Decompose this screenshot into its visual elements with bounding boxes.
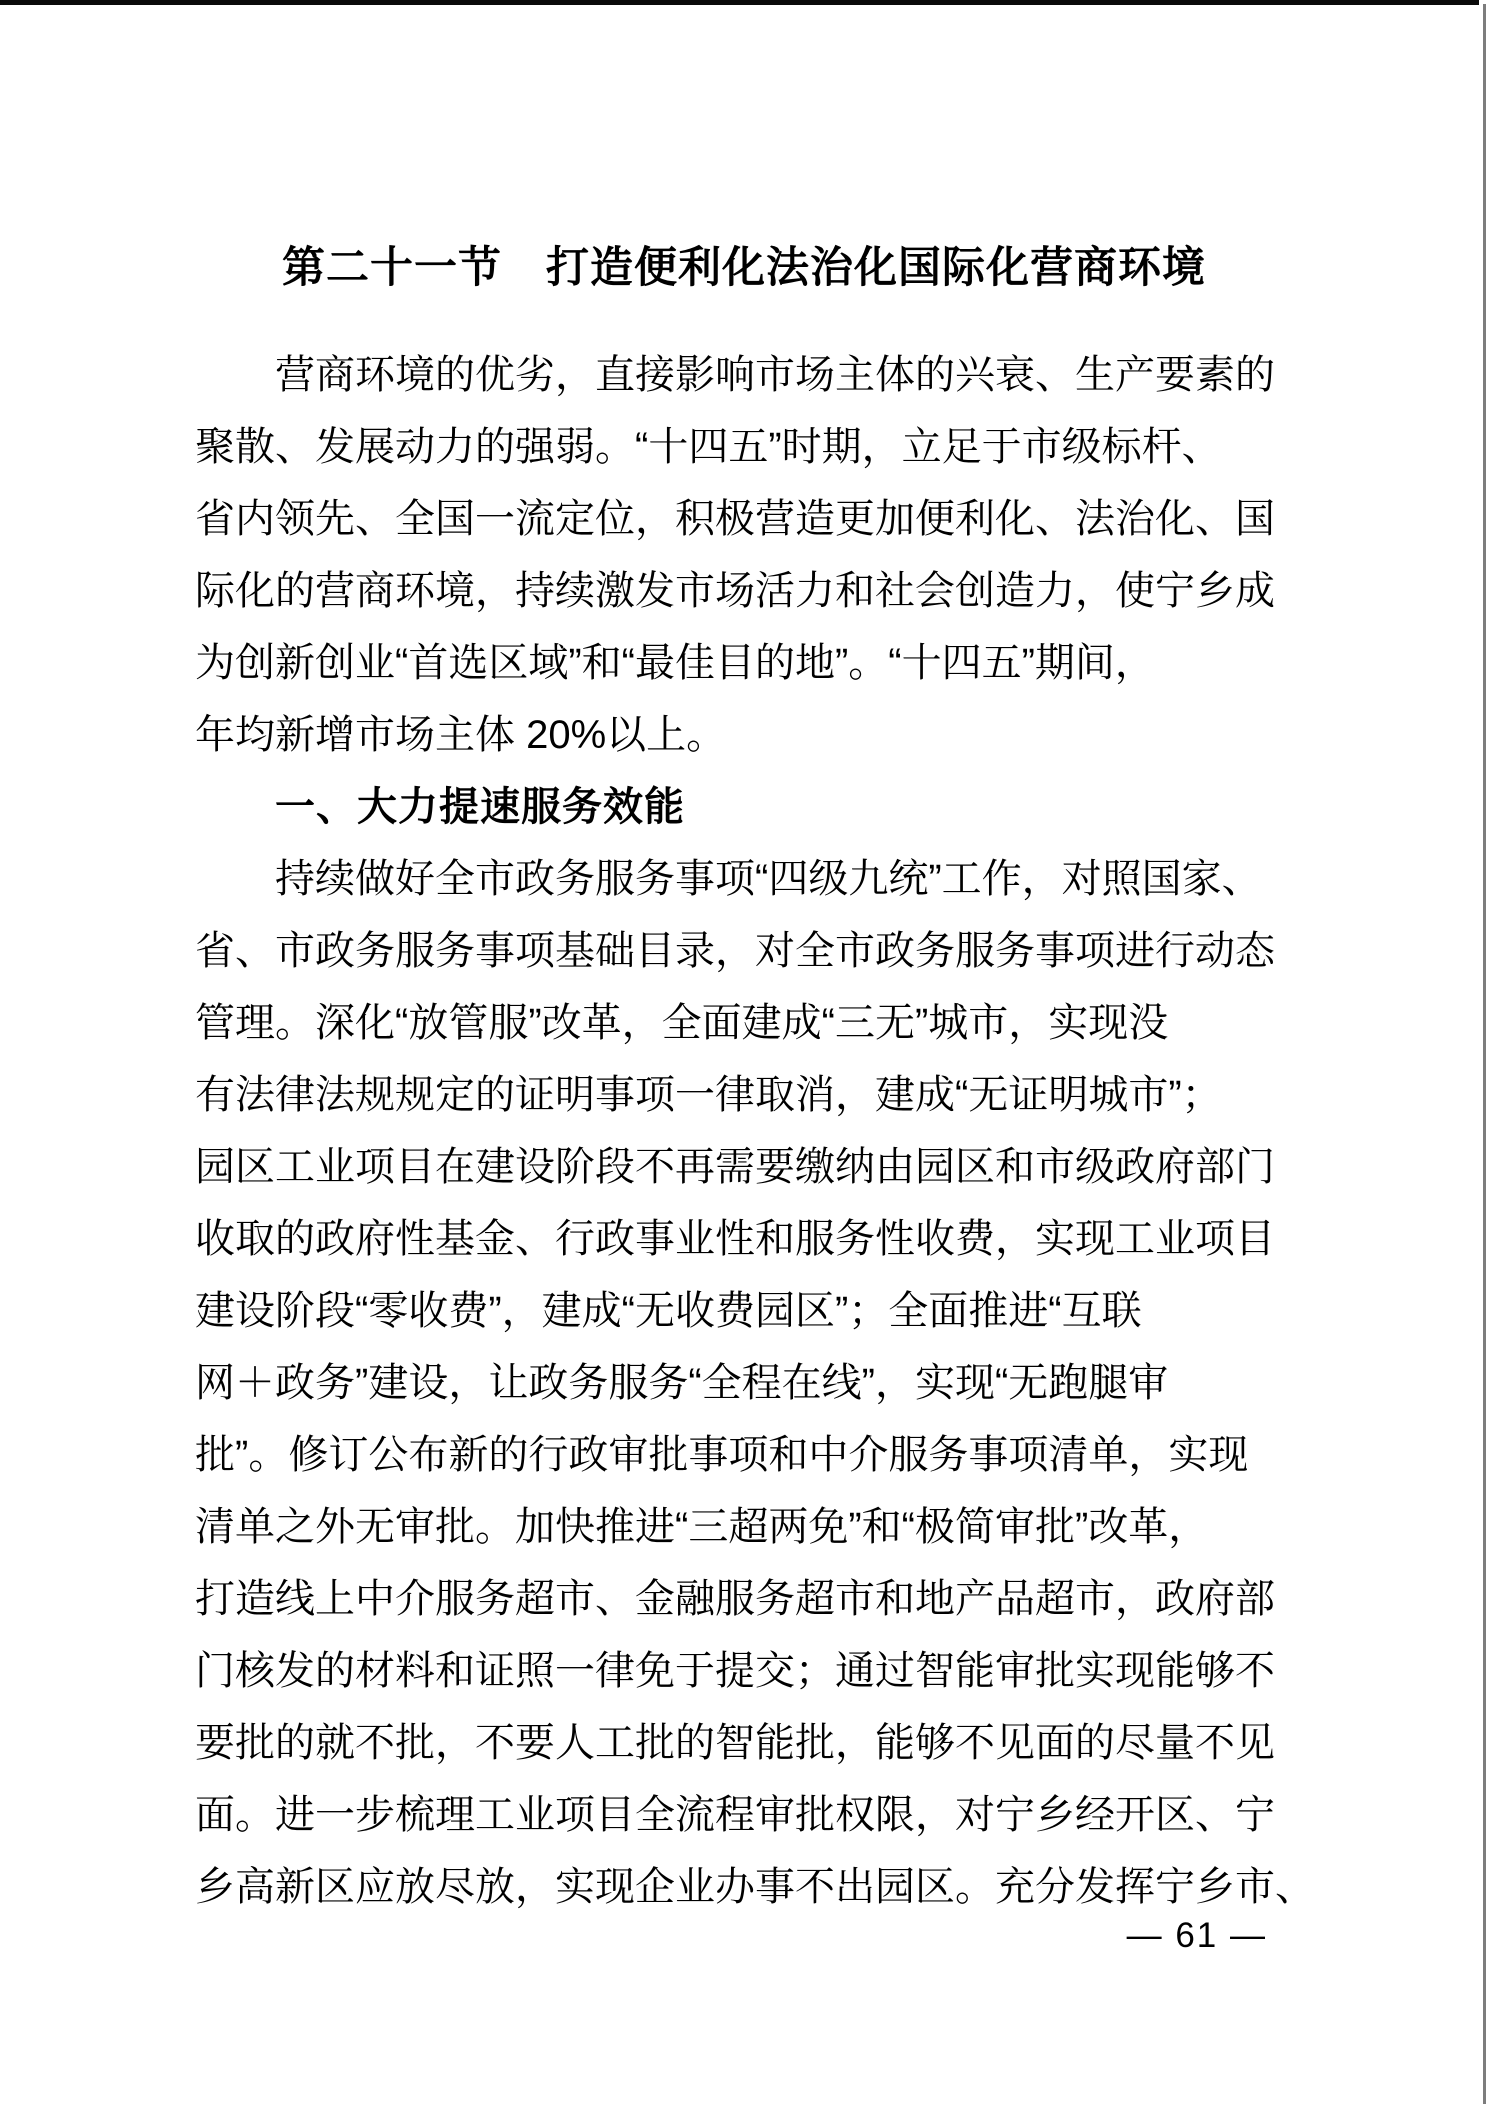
document-body: 营商环境的优劣，直接影响市场主体的兴衰、生产要素的 聚散、发展动力的强弱。“十四… bbox=[195, 339, 1293, 1923]
paragraph-2-line: 批”。修订公布新的行政审批事项和中介服务事项清单，实现 bbox=[195, 1419, 1293, 1491]
paragraph-2-line: 建设阶段“零收费”，建成“无收费园区”；全面推进“互联 bbox=[195, 1275, 1293, 1347]
paragraph-2-line: 网＋政务”建设，让政务服务“全程在线”，实现“无跑腿审 bbox=[195, 1347, 1293, 1419]
right-edge-scan-line bbox=[1483, 4, 1486, 2104]
paragraph-1-line: 际化的营商环境，持续激发市场活力和社会创造力，使宁乡成 bbox=[195, 555, 1293, 627]
document-page: { "document": { "section_title": "第二十一节 … bbox=[0, 0, 1488, 2104]
paragraph-2-line: 要批的就不批，不要人工批的智能批，能够不见面的尽量不见 bbox=[195, 1707, 1293, 1779]
top-edge-scan-bar bbox=[0, 0, 1479, 5]
paragraph-2-line: 面。进一步梳理工业项目全流程审批权限，对宁乡经开区、宁 bbox=[195, 1779, 1293, 1851]
paragraph-1-line: 为创新创业“首选区域”和“最佳目的地”。“十四五”期间， bbox=[195, 627, 1293, 699]
paragraph-1-line: 聚散、发展动力的强弱。“十四五”时期，立足于市级标杆、 bbox=[195, 411, 1293, 483]
paragraph-2-line: 打造线上中介服务超市、金融服务超市和地产品超市，政府部 bbox=[195, 1563, 1293, 1635]
paragraph-2-line: 清单之外无审批。加快推进“三超两免”和“极简审批”改革， bbox=[195, 1491, 1293, 1563]
paragraph-2-line: 省、市政务服务事项基础目录，对全市政务服务事项进行动态 bbox=[195, 915, 1293, 987]
paragraph-2-line: 乡高新区应放尽放，实现企业办事不出园区。充分发挥宁乡市、 bbox=[195, 1851, 1293, 1923]
paragraph-2-line: 持续做好全市政务服务事项“四级九统”工作，对照国家、 bbox=[195, 843, 1293, 915]
section-title: 第二十一节 打造便利化法治化国际化营商环境 bbox=[195, 234, 1293, 295]
page-number: — 61 — bbox=[1127, 1916, 1267, 1956]
paragraph-1-line: 营商环境的优劣，直接影响市场主体的兴衰、生产要素的 bbox=[195, 339, 1293, 411]
subsection-heading: 一、大力提速服务效能 bbox=[195, 771, 1293, 843]
paragraph-1-line: 年均新增市场主体 20%以上。 bbox=[195, 699, 1293, 771]
paragraph-2-line: 有法律法规规定的证明事项一律取消，建成“无证明城市”； bbox=[195, 1059, 1293, 1131]
paragraph-2-line: 园区工业项目在建设阶段不再需要缴纳由园区和市级政府部门 bbox=[195, 1131, 1293, 1203]
paragraph-1-line: 省内领先、全国一流定位，积极营造更加便利化、法治化、国 bbox=[195, 483, 1293, 555]
paragraph-2-line: 收取的政府性基金、行政事业性和服务性收费，实现工业项目 bbox=[195, 1203, 1293, 1275]
paragraph-2-line: 管理。深化“放管服”改革，全面建成“三无”城市，实现没 bbox=[195, 987, 1293, 1059]
paragraph-2-line: 门核发的材料和证照一律免于提交；通过智能审批实现能够不 bbox=[195, 1635, 1293, 1707]
